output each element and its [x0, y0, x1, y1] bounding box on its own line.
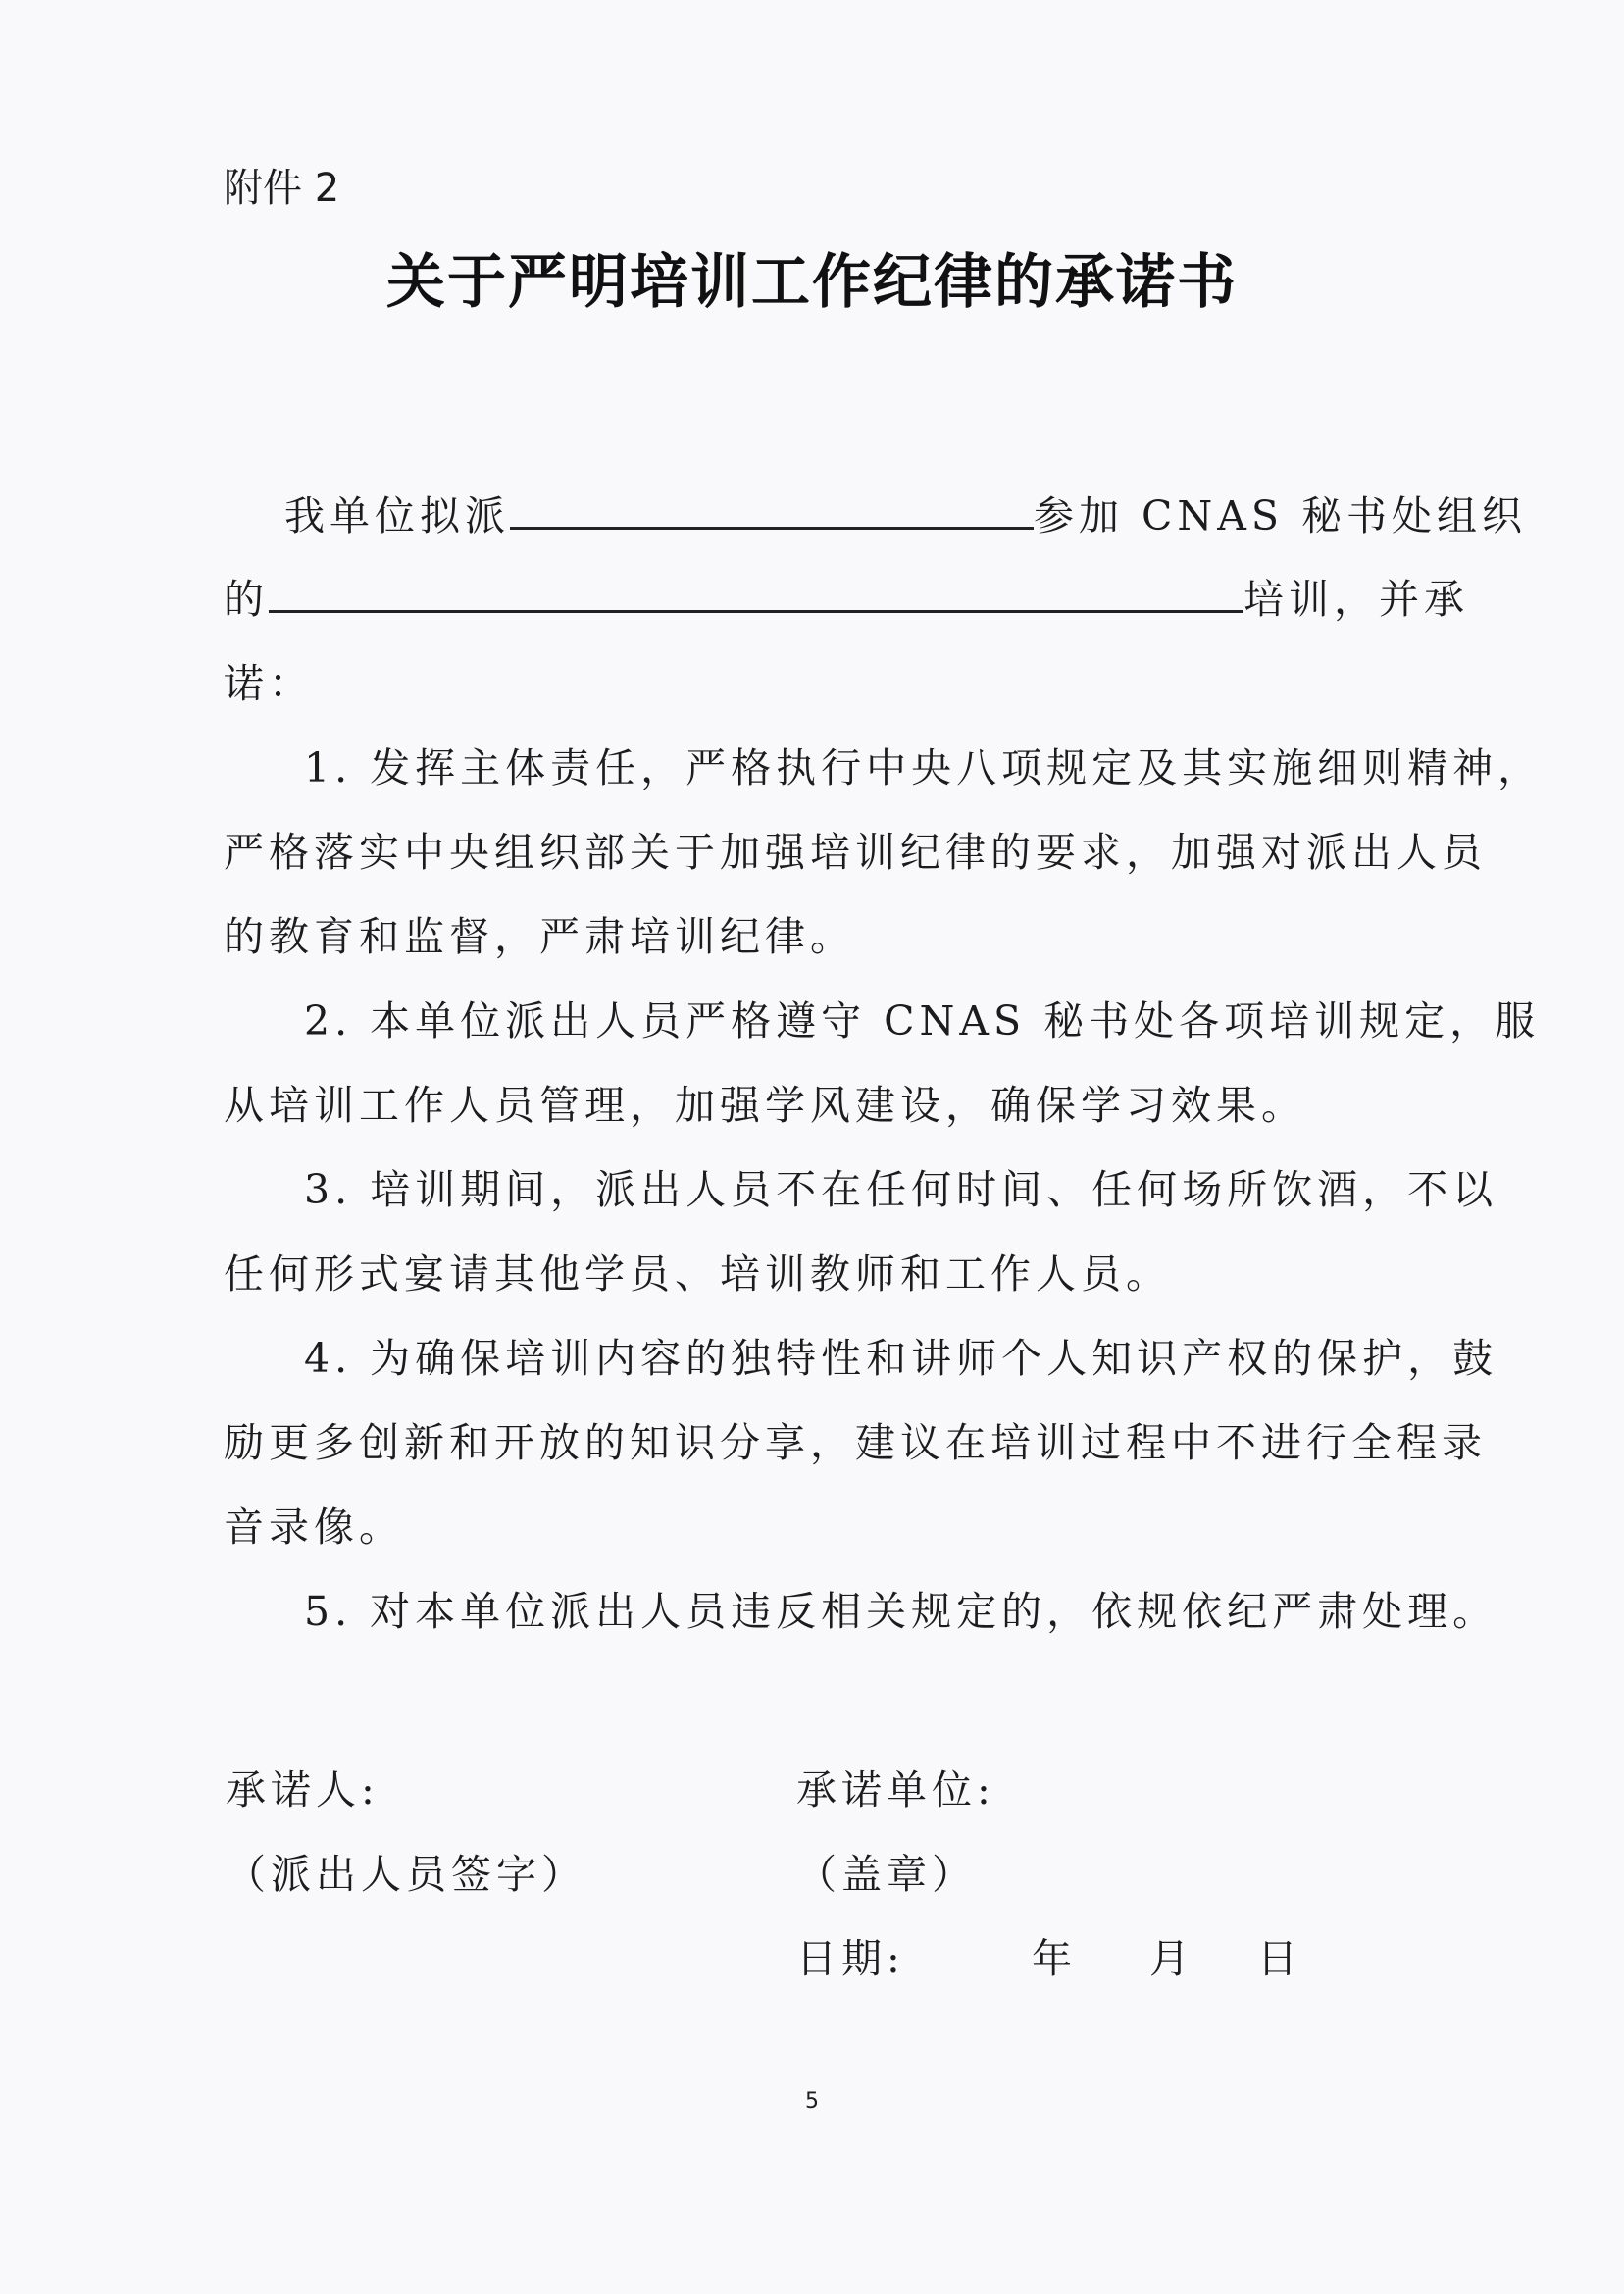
attachment-label: 附件 2: [224, 157, 339, 213]
unit-label: 承诺单位:: [796, 1758, 995, 1815]
intro-line-1: 我单位拟派参加 CNAS 秘书处组织: [284, 484, 1527, 541]
item-4-line-1: 4. 为确保培训内容的独特性和讲师个人知识产权的保护，鼓: [304, 1326, 1497, 1384]
item-4-line-3: 音录像。: [224, 1495, 404, 1553]
promisor-label: 承诺人:: [226, 1758, 380, 1815]
document-page: 附件 2 关于严明培训工作纪律的承诺书 我单位拟派参加 CNAS 秘书处组织 的…: [0, 0, 1624, 2294]
item-1-line-2: 严格落实中央组织部关于加强培训纪律的要求，加强对派出人员: [224, 820, 1487, 878]
date-label: 日期:: [796, 1926, 905, 1984]
intro-text: 参加 CNAS 秘书处组织: [1034, 492, 1527, 539]
page-number: 5: [0, 2089, 1624, 2114]
intro-text: 的: [224, 576, 269, 623]
date-month: 月: [1149, 1926, 1194, 1984]
unit-seal-note: （盖章）: [796, 1842, 977, 1900]
item-2-line-2: 从培训工作人员管理，加强学风建设，确保学习效果。: [224, 1073, 1306, 1131]
date-day: 日: [1257, 1926, 1302, 1984]
item-1-line-1: 1. 发挥主体责任，严格执行中央八项规定及其实施细则精神，: [304, 736, 1543, 793]
dispatched-person-blank[interactable]: [510, 526, 1034, 530]
intro-text: 我单位拟派: [284, 492, 510, 539]
date-year: 年: [1032, 1926, 1077, 1984]
promisor-signature-note: （派出人员签字）: [226, 1842, 586, 1900]
item-2-line-1: 2. 本单位派出人员严格遵守 CNAS 秘书处各项培训规定，服: [304, 989, 1540, 1046]
intro-line-2: 的培训，并承: [224, 567, 1469, 625]
intro-text: 培训，并承: [1243, 576, 1469, 623]
item-3-line-1: 3. 培训期间，派出人员不在任何时间、任何场所饮酒，不以: [304, 1157, 1497, 1215]
intro-line-3: 诺：: [224, 651, 314, 709]
item-4-line-2: 励更多创新和开放的知识分享，建议在培训过程中不进行全程录: [224, 1410, 1487, 1468]
training-name-blank[interactable]: [269, 609, 1243, 613]
item-5-line-1: 5. 对本单位派出人员违反相关规定的，依规依纪严肃处理。: [304, 1579, 1497, 1637]
item-3-line-2: 任何形式宴请其他学员、培训教师和工作人员。: [224, 1242, 1171, 1300]
item-1-line-3: 的教育和监督，严肃培训纪律。: [224, 904, 855, 962]
document-title: 关于严明培训工作纪律的承诺书: [0, 235, 1624, 320]
